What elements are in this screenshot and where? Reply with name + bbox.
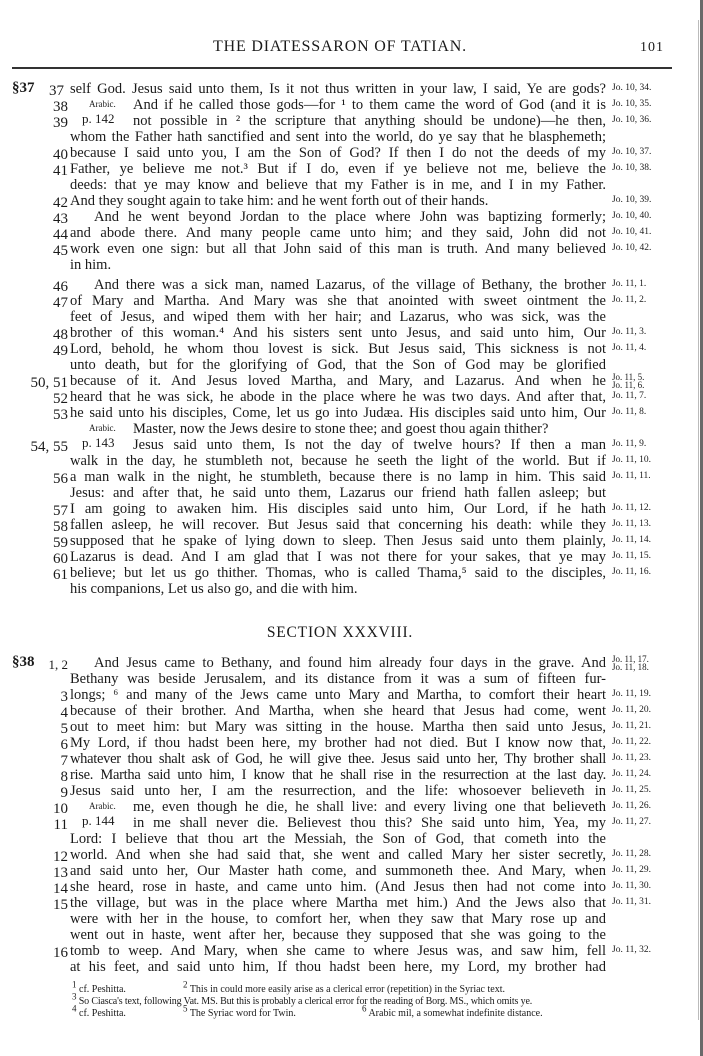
verse-text: the village, but was in the place where …: [70, 895, 606, 911]
verse-text: Bethany was beside Jerusalem, and its di…: [70, 671, 606, 687]
scripture-ref: Jo. 11, 11.: [612, 471, 651, 481]
text-line: 14 she heard, rose in haste, and came un…: [0, 879, 703, 895]
verse-text: at his feet, and said unto him, If thou …: [70, 959, 606, 975]
verse-text: tomb to weep. And Mary, when she came to…: [70, 943, 606, 959]
page-number: 101: [640, 40, 664, 56]
text-line: 43 And he went beyond Jordan to the plac…: [0, 209, 703, 225]
footnote: 5 The Syriac word for Twin.: [183, 1008, 296, 1019]
verse-text: And Jesus came to Bethany, and found him…: [94, 655, 606, 671]
text-line: 42 And they sought again to take him: an…: [0, 193, 703, 209]
text-line: 59 supposed that he spake of lying down …: [0, 533, 703, 549]
verse-text: And if he called those gods—for ¹ to the…: [133, 97, 606, 113]
text-line: 40 because I said unto you, I am the Son…: [0, 145, 703, 161]
verse-text: believe; but let us go thither. Thomas, …: [70, 565, 606, 581]
scripture-ref: Jo. 10, 36.: [612, 115, 651, 125]
scripture-ref: Jo. 11, 26.: [612, 801, 651, 811]
verse-text: Jesus said unto them, Is not the day of …: [133, 437, 606, 453]
scripture-ref: Jo. 11, 20.: [612, 705, 651, 715]
verse-text: out to meet him: but Mary was sitting in…: [70, 719, 606, 735]
verse-text: me, even though he die, he shall live: a…: [133, 799, 606, 815]
verse-text: feet of Jesus, and wiped them with her h…: [70, 309, 606, 325]
verse-text: And he went beyond Jordan to the place w…: [94, 209, 606, 225]
scripture-ref: Jo. 10, 40.: [612, 211, 651, 221]
text-line: §37 37 self God. Jesus said unto them, I…: [0, 81, 703, 97]
verse-text: were with her in the house, to comfort h…: [70, 911, 606, 927]
verse-text: deeds: that ye may know and believe that…: [70, 177, 606, 193]
scripture-ref: Jo. 11, 14.: [612, 535, 651, 545]
text-line: 16 tomb to weep. And Mary, when she came…: [0, 943, 703, 959]
verse-text: Father, ye believe me not.³ But if I do,…: [70, 161, 606, 177]
text-line: were with her in the house, to comfort h…: [0, 911, 703, 927]
scripture-ref: Jo. 11, 3.: [612, 327, 646, 337]
text-line: 6 My Lord, if thou hadst been here, my b…: [0, 735, 703, 751]
scripture-ref: Jo. 11, 15.: [612, 551, 651, 561]
text-line: Bethany was beside Jerusalem, and its di…: [0, 671, 703, 687]
text-line: 56 a man walk in the night, he stumbleth…: [0, 469, 703, 485]
header-rule: [12, 67, 672, 69]
scripture-ref: Jo. 10, 41.: [612, 227, 651, 237]
verse-text: in me shall never die. Believest thou th…: [133, 815, 606, 831]
scripture-ref: Jo. 11, 12.: [612, 503, 651, 513]
verse-text: heard that he was sick, he abode in the …: [70, 389, 606, 405]
scripture-ref: Jo. 11, 5. Jo. 11, 6.: [612, 373, 644, 389]
text-line: 7 whatever thou shalt ask of God, he wil…: [0, 751, 703, 767]
scripture-ref: Jo. 11, 31.: [612, 897, 651, 907]
verse-text: she heard, rose in haste, and came unto …: [70, 879, 606, 895]
section-title: SECTION XXXVIII.: [0, 624, 680, 642]
text-line: 48 brother of this woman.⁴ And his siste…: [0, 325, 703, 341]
scripture-ref: Jo. 10, 37.: [612, 147, 651, 157]
verse-text: a man walk in the night, he stumbleth, b…: [70, 469, 606, 485]
footnote: 6 Arabic mil, a somewhat indefinite dist…: [362, 1008, 543, 1019]
text-line: 50, 51 because of it. And Jesus loved Ma…: [0, 373, 703, 389]
scripture-ref: Jo. 11, 24.: [612, 769, 651, 779]
text-line: 11 p. 144 in me shall never die. Believe…: [0, 815, 703, 831]
text-line: deeds: that ye may know and believe that…: [0, 177, 703, 193]
text-line: 12 world. And when she had said that, sh…: [0, 847, 703, 863]
text-line: 58 fallen asleep, he will recover. But J…: [0, 517, 703, 533]
verse-text: because of their brother. And Martha, wh…: [70, 703, 606, 719]
scripture-ref: Jo. 10, 35.: [612, 99, 651, 109]
verse-text: and abode there. And many people came un…: [70, 225, 606, 241]
text-line: §38 1, 2 And Jesus came to Bethany, and …: [0, 655, 703, 671]
verse-text: Jesus said unto her, I am the resurrecti…: [70, 783, 606, 799]
footnote: 3 So Ciasca's text, following Vat. MS. B…: [72, 996, 532, 1007]
text-line: 49 Lord, behold, he whom thou lovest is …: [0, 341, 703, 357]
verse-text: And there was a sick man, named Lazarus,…: [94, 277, 606, 293]
running-title: THE DIATESSARON OF TATIAN.: [0, 38, 680, 56]
verse-text: and said unto her, Our Master hath come,…: [70, 863, 606, 879]
scripture-ref: Jo. 11, 7.: [612, 391, 646, 401]
scripture-ref: Jo. 11, 1.: [612, 279, 646, 289]
text-line: whom the Father hath sanctified and sent…: [0, 129, 703, 145]
book-page: THE DIATESSARON OF TATIAN. 101 §37 37 se…: [0, 0, 703, 1056]
text-line: went out in haste, went after her, becau…: [0, 927, 703, 943]
margin-note-arabic: Arabic.: [89, 801, 116, 811]
margin-page-ref: p. 142: [82, 111, 115, 127]
text-line: feet of Jesus, and wiped them with her h…: [0, 309, 703, 325]
verse-text: of Mary and Martha. And Mary was she tha…: [70, 293, 606, 309]
verse-text: Lazarus is dead. And I am glad that I wa…: [70, 549, 606, 565]
text-line: 45 work even one sign: but all that John…: [0, 241, 703, 257]
text-line: at his feet, and said unto him, If thou …: [0, 959, 703, 975]
verse-text: unto death, but for the glorifying of Go…: [70, 357, 606, 373]
verse-text: work even one sign: but all that John sa…: [70, 241, 606, 257]
verse-text: because of it. And Jesus loved Martha, a…: [70, 373, 606, 389]
text-line: 54, 55 p. 143 Jesus said unto them, Is n…: [0, 437, 703, 453]
scripture-ref: Jo. 11, 23.: [612, 753, 651, 763]
verse-text: world. And when she had said that, she w…: [70, 847, 606, 863]
footnote: 4 cf. Peshitta.: [72, 1008, 126, 1019]
text-line: 3 longs; ⁶ and many of the Jews came unt…: [0, 687, 703, 703]
scripture-ref: Jo. 11, 32.: [612, 945, 651, 955]
scripture-ref: Jo. 11, 21.: [612, 721, 651, 731]
text-line: Jesus: and after that, he said unto them…: [0, 485, 703, 501]
text-line: 46 And there was a sick man, named Lazar…: [0, 277, 703, 293]
scripture-ref: Jo. 11, 27.: [612, 817, 651, 827]
text-line: 13 and said unto her, Our Master hath co…: [0, 863, 703, 879]
scripture-ref: Jo. 11, 19.: [612, 689, 651, 699]
scripture-ref: Jo. 10, 38.: [612, 163, 651, 173]
text-line: 15 the village, but was in the place whe…: [0, 895, 703, 911]
text-line: 53 he said unto his disciples, Come, let…: [0, 405, 703, 421]
verse-text: supposed that he spake of lying down to …: [70, 533, 606, 549]
text-line: Lord: I believe that thou art the Messia…: [0, 831, 703, 847]
text-line: 60 Lazarus is dead. And I am glad that I…: [0, 549, 703, 565]
verse-text: And they sought again to take him: and h…: [70, 193, 606, 209]
text-line: 9 Jesus said unto her, I am the resurrec…: [0, 783, 703, 799]
verse-text: whatever thou shalt ask of God, he will …: [70, 751, 606, 767]
text-line: 44 and abode there. And many people came…: [0, 225, 703, 241]
text-line: 52 heard that he was sick, he abode in t…: [0, 389, 703, 405]
verse-text: Lord, behold, he whom thou lovest is sic…: [70, 341, 606, 357]
verse-text: Master, now the Jews desire to stone the…: [133, 421, 606, 437]
scripture-ref: Jo. 11, 10.: [612, 455, 651, 465]
scripture-ref: Jo. 11, 29.: [612, 865, 651, 875]
text-line: 5 out to meet him: but Mary was sitting …: [0, 719, 703, 735]
footnote: 2 This in could more easily arise as a c…: [183, 984, 505, 995]
text-line: 4 because of their brother. And Martha, …: [0, 703, 703, 719]
verse-text: rise. Martha said unto him, I know that …: [70, 767, 606, 783]
text-line: 61 believe; but let us go thither. Thoma…: [0, 565, 703, 581]
margin-note-arabic: Arabic.: [89, 423, 116, 433]
scripture-ref: Jo. 10, 34.: [612, 83, 651, 93]
scripture-ref: Jo. 11, 8.: [612, 407, 646, 417]
scripture-ref: Jo. 11, 30.: [612, 881, 651, 891]
verse-text: his companions, Let us also go, and die …: [70, 581, 606, 597]
margin-note-arabic: Arabic.: [89, 99, 116, 109]
margin-page-ref: p. 144: [82, 813, 115, 829]
text-line: 47 of Mary and Martha. And Mary was she …: [0, 293, 703, 309]
text-line: 41 Father, ye believe me not.³ But if I …: [0, 161, 703, 177]
scripture-ref: Jo. 11, 13.: [612, 519, 651, 529]
verse-text: went out in haste, went after her, becau…: [70, 927, 606, 943]
scripture-ref: Jo. 11, 9.: [612, 439, 646, 449]
verse-text: longs; ⁶ and many of the Jews came unto …: [70, 687, 606, 703]
text-line: unto death, but for the glorifying of Go…: [0, 357, 703, 373]
verse-text: because I said unto you, I am the Son of…: [70, 145, 606, 161]
scripture-ref: Jo. 11, 25.: [612, 785, 651, 795]
margin-page-ref: p. 143: [82, 435, 115, 451]
verse-text: My Lord, if thou hadst been here, my bro…: [70, 735, 606, 751]
verse-text: Lord: I believe that thou art the Messia…: [70, 831, 606, 847]
verse-text: fallen asleep, he will recover. But Jesu…: [70, 517, 606, 533]
scripture-ref: Jo. 11, 4.: [612, 343, 646, 353]
verse-text: I am going to awaken him. His disciples …: [70, 501, 606, 517]
scripture-ref: Jo. 11, 28.: [612, 849, 651, 859]
verse-text: he said unto his disciples, Come, let us…: [70, 405, 606, 421]
verse-text: whom the Father hath sanctified and sent…: [70, 129, 606, 145]
verse-text: not possible in ² the scripture that any…: [133, 113, 606, 129]
scripture-ref: Jo. 11, 2.: [612, 295, 646, 305]
text-line: his companions, Let us also go, and die …: [0, 581, 703, 597]
scripture-ref: Jo. 11, 22.: [612, 737, 651, 747]
verse-text: walk in the day, he stumbleth not, becau…: [70, 453, 606, 469]
verse-text: in him.: [70, 257, 606, 273]
scripture-ref: Jo. 10, 39.: [612, 195, 651, 205]
text-line: in him.: [0, 257, 703, 273]
verse-text: self God. Jesus said unto them, Is it no…: [70, 81, 606, 97]
text-line: 8 rise. Martha said unto him, I know tha…: [0, 767, 703, 783]
verse-text: brother of this woman.⁴ And his sisters …: [70, 325, 606, 341]
footnote: 1 cf. Peshitta.: [72, 984, 126, 995]
text-line: 57 I am going to awaken him. His discipl…: [0, 501, 703, 517]
scripture-ref: Jo. 11, 16.: [612, 567, 651, 577]
text-line: 39 p. 142 not possible in ² the scriptur…: [0, 113, 703, 129]
scripture-ref: Jo. 11, 17. Jo. 11, 18.: [612, 655, 649, 671]
scripture-ref: Jo. 10, 42.: [612, 243, 651, 253]
verse-text: Jesus: and after that, he said unto them…: [70, 485, 606, 501]
text-line: walk in the day, he stumbleth not, becau…: [0, 453, 703, 469]
